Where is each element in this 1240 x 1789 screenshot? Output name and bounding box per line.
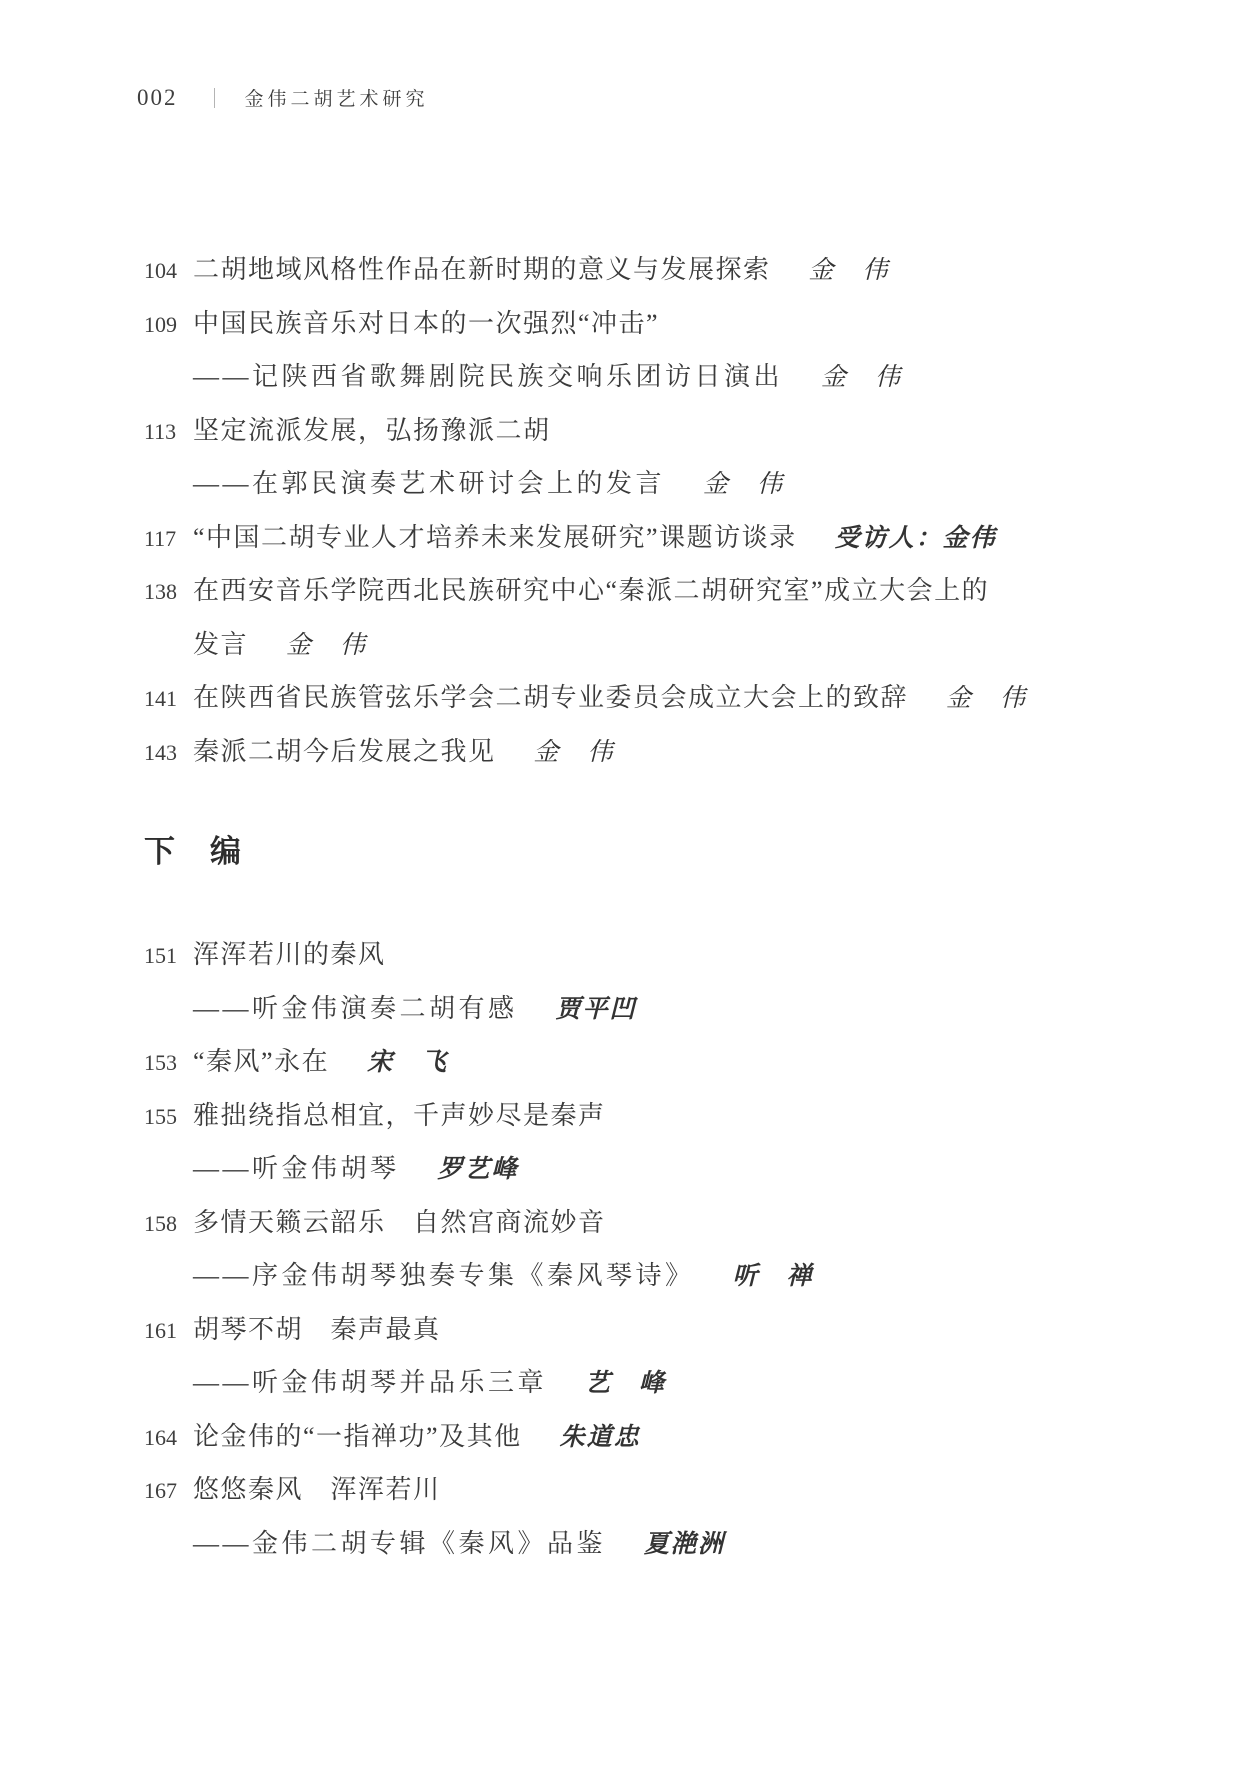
entry-title: 在西安音乐学院西北民族研究中心“秦派二胡研究室”成立大会上的 xyxy=(193,564,989,618)
toc-line: ——金伟二胡专辑《秦风》品鉴 夏滟洲 xyxy=(0,1517,1240,1571)
entry-title: 雅拙绕指总相宜，千声妙尽是秦声 xyxy=(193,1089,606,1143)
entry-page-number: 113 xyxy=(144,405,193,459)
entry-title: ——听金伟胡琴并品乐三章 xyxy=(193,1356,547,1410)
table-of-contents: 104 二胡地域风格性作品在新时期的意义与发展探索 金 伟 109 中国民族音乐… xyxy=(0,243,1240,1570)
entry-author: 金 伟 xyxy=(946,672,1027,726)
entry-title: ——在郭民演奏艺术研讨会上的发言 xyxy=(193,457,665,511)
toc-lower-section: 151 浑浑若川的秦风 ——听金伟演奏二胡有感 贾平凹 153 “秦风”永在 宋… xyxy=(0,928,1240,1570)
entry-title: “中国二胡专业人才培养未来发展研究”课题访谈录 xyxy=(193,511,797,565)
page-number: 002 xyxy=(137,85,178,111)
toc-line: ——在郭民演奏艺术研讨会上的发言 金 伟 xyxy=(0,457,1240,511)
entry-author: 受访人：金伟 xyxy=(835,512,997,566)
entry-title: 秦派二胡今后发展之我见 xyxy=(193,725,496,779)
entry-author: 罗艺峰 xyxy=(438,1143,519,1197)
toc-line: 151 浑浑若川的秦风 xyxy=(0,928,1240,982)
toc-line: 138 在西安音乐学院西北民族研究中心“秦派二胡研究室”成立大会上的 xyxy=(0,564,1240,618)
entry-author: 金 伟 xyxy=(534,726,615,780)
entry-title: 多情天籁云韶乐 自然宫商流妙音 xyxy=(193,1196,606,1250)
part-title: 下 编 xyxy=(144,822,1240,882)
entry-author: 夏滟洲 xyxy=(644,1518,725,1572)
toc-line: ——听金伟演奏二胡有感 贾平凹 xyxy=(0,982,1240,1036)
toc-line: 发言 金 伟 xyxy=(0,618,1240,672)
page-header: 002 金伟二胡艺术研究 xyxy=(137,84,429,111)
entry-title: 论金伟的“一指禅功”及其他 xyxy=(193,1410,522,1464)
entry-page-number: 167 xyxy=(144,1464,193,1518)
entry-author: 金 伟 xyxy=(703,458,784,512)
entry-title: 二胡地域风格性作品在新时期的意义与发展探索 xyxy=(193,243,771,297)
toc-upper-section: 104 二胡地域风格性作品在新时期的意义与发展探索 金 伟 109 中国民族音乐… xyxy=(0,243,1240,778)
entry-author: 贾平凹 xyxy=(556,983,637,1037)
toc-line: ——记陕西省歌舞剧院民族交响乐团访日演出 金 伟 xyxy=(0,350,1240,404)
entry-title: ——记陕西省歌舞剧院民族交响乐团访日演出 xyxy=(193,350,783,404)
entry-page-number: 141 xyxy=(144,672,193,726)
entry-page-number: 109 xyxy=(144,298,193,352)
entry-title: “秦风”永在 xyxy=(193,1035,329,1089)
entry-author: 朱道忠 xyxy=(560,1411,641,1465)
toc-line: 113 坚定流派发展，弘扬豫派二胡 xyxy=(0,404,1240,458)
entry-title: ——序金伟胡琴独奏专集《秦风琴诗》 xyxy=(193,1249,695,1303)
entry-author: 金 伟 xyxy=(809,244,890,298)
toc-line: 109 中国民族音乐对日本的一次强烈“冲击” xyxy=(0,297,1240,351)
entry-title: 浑浑若川的秦风 xyxy=(193,928,386,982)
entry-title: 悠悠秦风 浑浑若川 xyxy=(193,1463,441,1517)
toc-line: 155 雅拙绕指总相宜，千声妙尽是秦声 xyxy=(0,1089,1240,1143)
entry-author: 宋 飞 xyxy=(367,1036,448,1090)
entry-page-number: 164 xyxy=(144,1411,193,1465)
entry-author: 金 伟 xyxy=(821,351,902,405)
toc-line: 143 秦派二胡今后发展之我见 金 伟 xyxy=(0,725,1240,779)
toc-line: 161 胡琴不胡 秦声最真 xyxy=(0,1303,1240,1357)
entry-author: 金 伟 xyxy=(286,619,367,673)
toc-line: ——序金伟胡琴独奏专集《秦风琴诗》 听 禅 xyxy=(0,1249,1240,1303)
entry-author: 艺 峰 xyxy=(585,1357,666,1411)
entry-page-number: 155 xyxy=(144,1090,193,1144)
toc-line: 158 多情天籁云韶乐 自然宫商流妙音 xyxy=(0,1196,1240,1250)
toc-line: 104 二胡地域风格性作品在新时期的意义与发展探索 金 伟 xyxy=(0,243,1240,297)
entry-page-number: 153 xyxy=(144,1036,193,1090)
toc-line: 117 “中国二胡专业人才培养未来发展研究”课题访谈录 受访人：金伟 xyxy=(0,511,1240,565)
entry-title: 中国民族音乐对日本的一次强烈“冲击” xyxy=(193,297,659,351)
entry-page-number: 151 xyxy=(144,929,193,983)
toc-line: 167 悠悠秦风 浑浑若川 xyxy=(0,1463,1240,1517)
entry-title: ——听金伟胡琴 xyxy=(193,1142,400,1196)
entry-page-number: 117 xyxy=(144,512,193,566)
entry-author: 听 禅 xyxy=(733,1250,814,1304)
entry-title: 胡琴不胡 秦声最真 xyxy=(193,1303,441,1357)
entry-page-number: 158 xyxy=(144,1197,193,1251)
toc-line: 153 “秦风”永在 宋 飞 xyxy=(0,1035,1240,1089)
entry-page-number: 138 xyxy=(144,565,193,619)
toc-line: ——听金伟胡琴 罗艺峰 xyxy=(0,1142,1240,1196)
toc-line: 141 在陕西省民族管弦乐学会二胡专业委员会成立大会上的致辞 金 伟 xyxy=(0,671,1240,725)
toc-line: ——听金伟胡琴并品乐三章 艺 峰 xyxy=(0,1356,1240,1410)
entry-page-number: 161 xyxy=(144,1304,193,1358)
entry-title: ——听金伟演奏二胡有感 xyxy=(193,982,518,1036)
entry-title: 在陕西省民族管弦乐学会二胡专业委员会成立大会上的致辞 xyxy=(193,671,908,725)
entry-title: 发言 xyxy=(193,618,248,672)
entry-page-number: 104 xyxy=(144,244,193,298)
running-head-title: 金伟二胡艺术研究 xyxy=(245,84,429,111)
entry-title: 坚定流派发展，弘扬豫派二胡 xyxy=(193,404,551,458)
header-divider xyxy=(214,88,215,108)
entry-page-number: 143 xyxy=(144,726,193,780)
entry-title: ——金伟二胡专辑《秦风》品鉴 xyxy=(193,1517,606,1571)
toc-line: 164 论金伟的“一指禅功”及其他 朱道忠 xyxy=(0,1410,1240,1464)
